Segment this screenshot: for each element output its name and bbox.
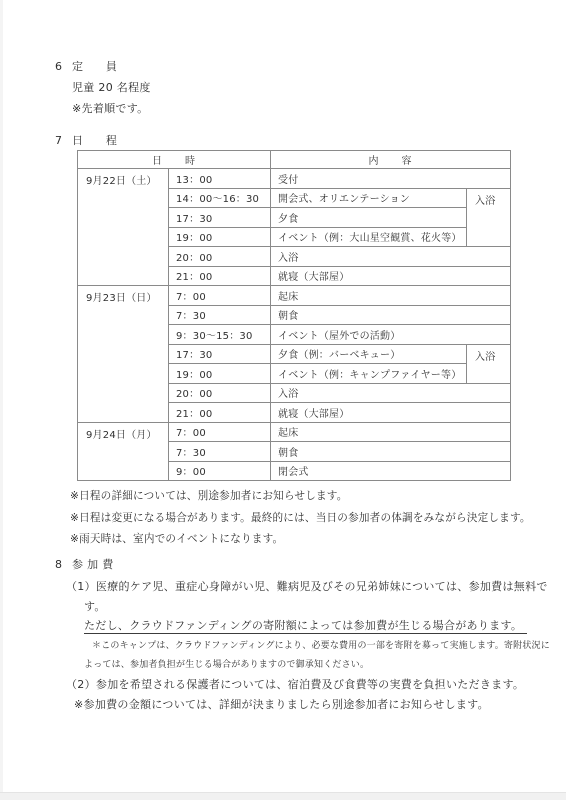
page-left-edge [0,0,3,800]
time-cell: 14：00～16：30 [169,188,271,208]
fee-underlined-text: ただし、クラウドファンディングの寄附額によっては参加費が生じる場合があります。 [84,619,527,634]
schedule-note: ※日程の詳細については、別途参加者にお知らせします。 [70,486,531,508]
fee-underlined-line: ただし、クラウドファンディングの寄附額によっては参加費が生じる場合があります。 [55,617,550,638]
section-7-heading: 7日 程 [55,133,117,148]
content-cell: 就寝（大部屋） [271,403,511,423]
header-datetime: 日 時 [78,151,271,169]
content-cell: イベント（例：大山星空観賞、花火等） [271,227,467,247]
section-capacity: 6定 員 児童 20 名程度 ※先着順です。 [55,56,151,119]
section-6-heading: 6定 員 [55,56,151,77]
table-row: 9月22日（土） 13：00 受付 [78,169,511,189]
date-cell: 9月22日（土） [78,169,169,286]
time-cell: 21：00 [169,266,271,286]
time-cell: 21：00 [169,403,271,423]
fee-amount-note: ※参加費の金額については、詳細が決まりましたら別途参加者にお知らせします。 [55,696,550,716]
content-cell: 朝食 [271,442,511,462]
page-bottom-edge [0,792,566,800]
time-cell: 13：00 [169,169,271,189]
content-cell: 夕食 [271,208,467,228]
time-cell: 7：30 [169,305,271,325]
content-cell: 起床 [271,422,511,442]
content-cell: 閉会式 [271,461,511,481]
fee-item-1-label: （1） [66,580,96,593]
content-cell: 夕食（例：バーベキュー） [271,344,467,364]
section-6-title: 定 員 [72,60,117,73]
fee-item-2: （2）参加を希望される保護者については、宿泊費及び食費等の実費を負担いただきます… [55,676,550,696]
time-cell: 17：30 [169,208,271,228]
fee-footnote-line2: よっては、参加者負担が生じる場合がありますので御承知ください。 [55,657,550,676]
time-cell: 20：00 [169,383,271,403]
content-cell: イベント（屋外での活動） [271,325,511,345]
section-fee: 8参 加 費 （1）医療的ケア児、重症心身障がい児、難病児及びその兄弟姉妹につい… [55,556,550,716]
time-cell: 19：00 [169,364,271,384]
fee-item-1-text: 医療的ケア児、重症心身障がい児、難病児及びその兄弟姉妹については、参加費は無料で [96,580,548,593]
time-cell: 17：30 [169,344,271,364]
time-cell: 19：00 [169,227,271,247]
schedule-table-wrap: 日 時 内 容 9月22日（土） 13：00 受付 14：00～16：30 開会… [77,150,511,481]
content-cell: 受付 [271,169,511,189]
time-cell: 20：00 [169,247,271,267]
schedule-notes: ※日程の詳細については、別途参加者にお知らせします。 ※日程は変更になる場合があ… [70,486,531,551]
capacity-note: ※先着順です。 [72,98,151,119]
date-cell: 9月24日（月） [78,422,169,481]
content-cell: イベント（例：キャンプファイヤー等） [271,364,467,384]
content-cell: 入浴 [271,383,511,403]
fee-item-1-continuation: す。 [55,598,550,617]
fee-item-2-text: 参加を希望される保護者については、宿泊費及び食費等の実費を負担いただきます。 [96,678,524,691]
time-cell: 9：00 [169,461,271,481]
section-8-title: 参 加 費 [72,558,114,571]
bath-cell: 入浴 [467,344,511,383]
schedule-table: 日 時 内 容 9月22日（土） 13：00 受付 14：00～16：30 開会… [77,150,511,481]
content-cell: 開会式、オリエンテーション [271,188,467,208]
section-8-heading: 8参 加 費 [55,556,550,578]
section-7-title: 日 程 [72,134,117,147]
capacity-line: 児童 20 名程度 [72,77,151,98]
bath-cell: 入浴 [467,188,511,247]
section-8-number: 8 [55,558,72,571]
fee-item-1: （1）医療的ケア児、重症心身障がい児、難病児及びその兄弟姉妹については、参加費は… [55,578,550,598]
time-cell: 7：00 [169,422,271,442]
fee-footnote-line1: ＊このキャンプは、クラウドファンディングにより、必要な費用の一部を寄附を募って実… [55,638,550,657]
table-row: 9月23日（日） 7：00 起床 [78,286,511,306]
schedule-note: ※日程は変更になる場合があります。最終的には、当日の参加者の体調をみながら決定し… [70,508,531,530]
time-cell: 9：30～15：30 [169,325,271,345]
document-page: 6定 員 児童 20 名程度 ※先着順です。 7日 程 日 時 内 容 9月22… [0,0,566,800]
content-cell: 入浴 [271,247,511,267]
table-row: 9月24日（月） 7：00 起床 [78,422,511,442]
content-cell: 就寝（大部屋） [271,266,511,286]
schedule-note: ※雨天時は、室内でのイベントになります。 [70,529,531,551]
header-content: 内 容 [271,151,511,169]
section-7-number: 7 [55,133,72,148]
time-cell: 7：30 [169,442,271,462]
time-cell: 7：00 [169,286,271,306]
table-header-row: 日 時 内 容 [78,151,511,169]
content-cell: 朝食 [271,305,511,325]
section-6-number: 6 [55,56,72,77]
content-cell: 起床 [271,286,511,306]
date-cell: 9月23日（日） [78,286,169,423]
fee-item-2-label: （2） [66,678,96,691]
